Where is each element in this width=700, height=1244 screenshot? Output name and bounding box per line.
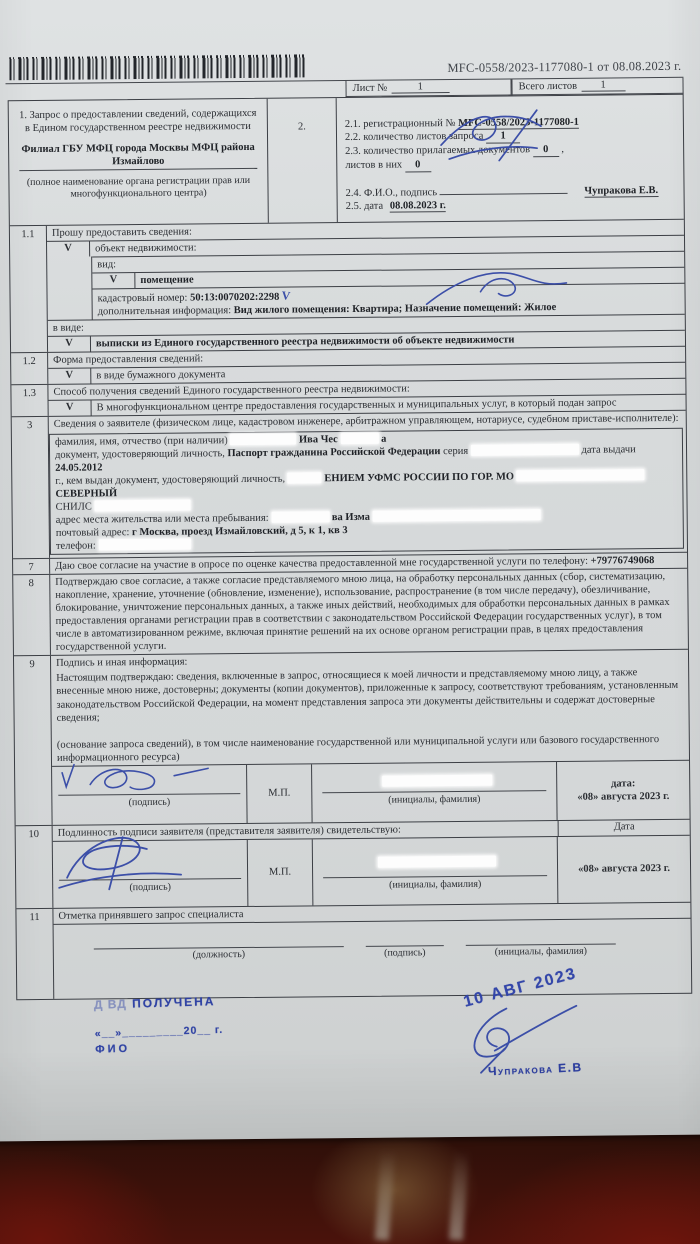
applicant-details: фамилия, имя, отчество (при наличии) Ива… — [49, 428, 684, 555]
registration-number-label: 2.1. регистрационный № — [345, 118, 456, 130]
received-stamp: Д ВД ПОЛУЧЕНА «__»_________20__ г. ФИО — [94, 994, 224, 1056]
witness-signature-row: (подпись) М.П. — [53, 834, 691, 907]
section-3: 3 Сведения о заявителе (физическом лице,… — [12, 410, 687, 559]
total-sheets-cell: Всего листов 1 — [511, 78, 683, 96]
attached-docs-value: 0 — [533, 143, 559, 157]
date-caption: дата: — [611, 777, 635, 790]
name-fragment-2: а — [381, 434, 386, 445]
signature-caption: (подпись) — [59, 879, 241, 895]
redaction-box — [94, 500, 190, 512]
redaction-box — [471, 444, 579, 456]
total-sheets-value: 1 — [581, 79, 625, 91]
section-1-2: 1.2 Форма предоставления сведений: V в в… — [11, 346, 685, 384]
sheet-label: Лист № — [352, 82, 387, 93]
residence-address-label: адрес места жительства или места пребыва… — [56, 513, 269, 526]
received-stamp-text: ПОЛУЧЕНА — [132, 994, 216, 1011]
section-11: 11 Отметка принявшего запрос специалиста… — [16, 901, 691, 998]
initials-caption: (инициалы, фамилия) — [323, 876, 547, 893]
section-number: 9 — [14, 656, 53, 824]
declaration-text: Настоящим подтверждаю: сведения, включен… — [51, 665, 688, 725]
request-sheets-value: 1 — [486, 129, 520, 143]
identity-doc-label: документ, удостоверяющий личность, — [55, 448, 225, 461]
series-label: серия — [443, 446, 468, 457]
extra-info-label: дополнительная информация: — [98, 305, 232, 317]
header-block: 1. Запрос о предоставлении сведений, сод… — [9, 95, 684, 225]
barcode — [9, 54, 305, 80]
redaction-box — [340, 433, 378, 444]
postal-address-label: почтовый адрес: — [56, 527, 130, 539]
redaction-box — [517, 469, 645, 481]
operator-name-stamp: Чупракова Е.В — [488, 1060, 583, 1078]
signature-caption: (подпись) — [58, 794, 240, 810]
initials-caption: (инициалы, фамилия) — [466, 943, 616, 959]
name-fragment: Ива Чес — [299, 434, 338, 445]
signature-caption: (подпись) — [366, 945, 444, 960]
org-name-note: (полное наименование органа регистрации … — [19, 175, 257, 202]
issue-date-value: 24.05.2012 — [55, 463, 102, 474]
attached-sheets-value: 0 — [405, 158, 431, 172]
checkbox-premises: V — [92, 273, 135, 288]
attached-sheets-line: листов в них 0 — [345, 156, 677, 173]
attached-sheets-label: листов в них — [345, 160, 402, 172]
attached-docs-label: 2.3. количество прилагаемых документов — [345, 144, 530, 157]
specialist-note-box: (должность) (подпись) (инициалы, фамилия… — [54, 917, 692, 998]
checkbox-extract: V — [48, 337, 91, 352]
redaction-box — [373, 509, 541, 522]
issuer-label: г., кем выдан документ, удостоверяющий л… — [55, 474, 285, 487]
paper-sheet: MFC-0558/2023-1177080-1 от 08.08.2023 г.… — [0, 0, 700, 1142]
section-number: 1.2 — [11, 353, 48, 384]
section-number: 1.1 — [10, 226, 48, 352]
identity-doc-type: Паспорт гражданина Российской Федерации — [227, 446, 440, 459]
section-number: 8 — [13, 575, 51, 655]
redaction-box — [271, 511, 329, 523]
request-title: 1. Запрос о предоставлении сведений, сод… — [19, 107, 257, 135]
mfc-office-name: Филиал ГБУ МФЦ города Москвы МФЦ района … — [19, 141, 257, 171]
section-number: 7 — [13, 559, 50, 574]
name-label: фамилия, имя, отчество (при наличии) — [55, 435, 228, 448]
document-number: MFC-0558/2023-1177080-1 от 08.08.2023 г. — [447, 59, 683, 76]
redaction-box — [378, 855, 496, 867]
section-number: 11 — [16, 908, 54, 998]
section-number: 10 — [16, 825, 54, 907]
redaction-box — [230, 434, 296, 446]
survey-consent-text: Даю свое согласие на участие в опросе по… — [55, 556, 588, 572]
issue-date-label: дата выдачи — [581, 444, 635, 456]
cadastral-number: 50:13:0070202:2298 — [190, 292, 279, 304]
operator-name: Чупракова Е.В. — [584, 185, 658, 198]
section-1-1: 1.1 Прошу предоставить сведения: V объек… — [10, 219, 685, 353]
applicant-date-value: «08» августа 2023 г. — [577, 790, 669, 804]
checkbox-mfc: V — [49, 401, 92, 416]
seal-placeholder: М.П. — [247, 839, 314, 906]
cadastral-block: кадастровый номер: 50:13:0070202:2298 V … — [92, 283, 684, 320]
operator-date-value: 08.08.2023 г. — [390, 200, 446, 213]
section-number: 3 — [12, 417, 50, 559]
redaction-box — [382, 774, 492, 786]
background-streak — [449, 1150, 469, 1241]
operator-date-label: 2.5. дата — [346, 201, 384, 212]
background-streak — [375, 1150, 395, 1241]
total-sheets-label: Всего листов — [518, 80, 577, 92]
phone-label: телефон: — [56, 541, 96, 552]
operator-signature-label: 2.4. Ф.И.О., подпись — [346, 187, 438, 199]
cadastral-label: кадастровый номер: — [98, 293, 188, 305]
section-1-3: 1.3 Способ получения сведений Единого го… — [11, 378, 685, 416]
received-stamp-fio: ФИО — [95, 1040, 224, 1056]
received-stamp-date-line: «__»_________20__ г. — [95, 1024, 224, 1040]
issuer-fragment: ЕНИЕМ УФМС РОССИИ ПО ГОР. МО — [324, 472, 514, 485]
sheet-value: 1 — [391, 81, 449, 94]
extra-info-value: Вид жилого помещения: Квартира; Назначен… — [234, 302, 557, 316]
redaction-box — [288, 473, 322, 484]
witness-date-value: «08» августа 2023 г. — [578, 862, 670, 876]
checkbox-paper: V — [48, 369, 91, 384]
section-8: 8 Подтверждаю свое согласие, а также сог… — [13, 568, 688, 656]
position-caption: (должность) — [94, 946, 344, 963]
registration-number-value: MFC-0558/2023-1177080-1 — [458, 117, 579, 130]
seal-placeholder: М.П. — [246, 764, 313, 823]
personal-data-consent-text: Подтверждаю свое согласие, а также согла… — [50, 569, 688, 655]
received-stamp-faint-marks: Д ВД — [94, 997, 127, 1012]
postal-address-value: г Москва, проезд Измайловский, д 5, к 1,… — [132, 525, 348, 538]
redaction-box — [98, 539, 190, 551]
operator-date-line: 2.5. дата 08.08.2023 г. — [346, 197, 678, 213]
section-10: 10 Подлинность подписи заявителя (предст… — [16, 818, 691, 907]
snils-label: СНИЛС — [56, 502, 92, 513]
section-2-number: 2. — [268, 98, 338, 223]
sheet-number-cell: Лист № 1 — [345, 79, 511, 97]
date-header: Дата — [559, 819, 690, 835]
survey-phone-number: +79776749068 — [591, 555, 655, 567]
checkbox-object: V — [47, 241, 90, 256]
request-sheets-label: 2.2. количество листов запроса — [345, 131, 484, 143]
section-number: 1.3 — [11, 385, 48, 416]
handwritten-check: V — [281, 288, 291, 304]
initials-caption: (инициалы, фамилия) — [322, 791, 546, 808]
address-fragment: ва Изма — [332, 512, 370, 523]
applicant-signature-row: (подпись) М.П. — [52, 759, 690, 824]
section-9: 9 Подпись и иная информация: Настоящим п… — [14, 649, 690, 825]
document-photo: MFC-0558/2023-1177080-1 от 08.08.2023 г.… — [0, 0, 700, 1244]
request-form-table: 1. Запрос о предоставлении сведений, сод… — [8, 94, 693, 1000]
